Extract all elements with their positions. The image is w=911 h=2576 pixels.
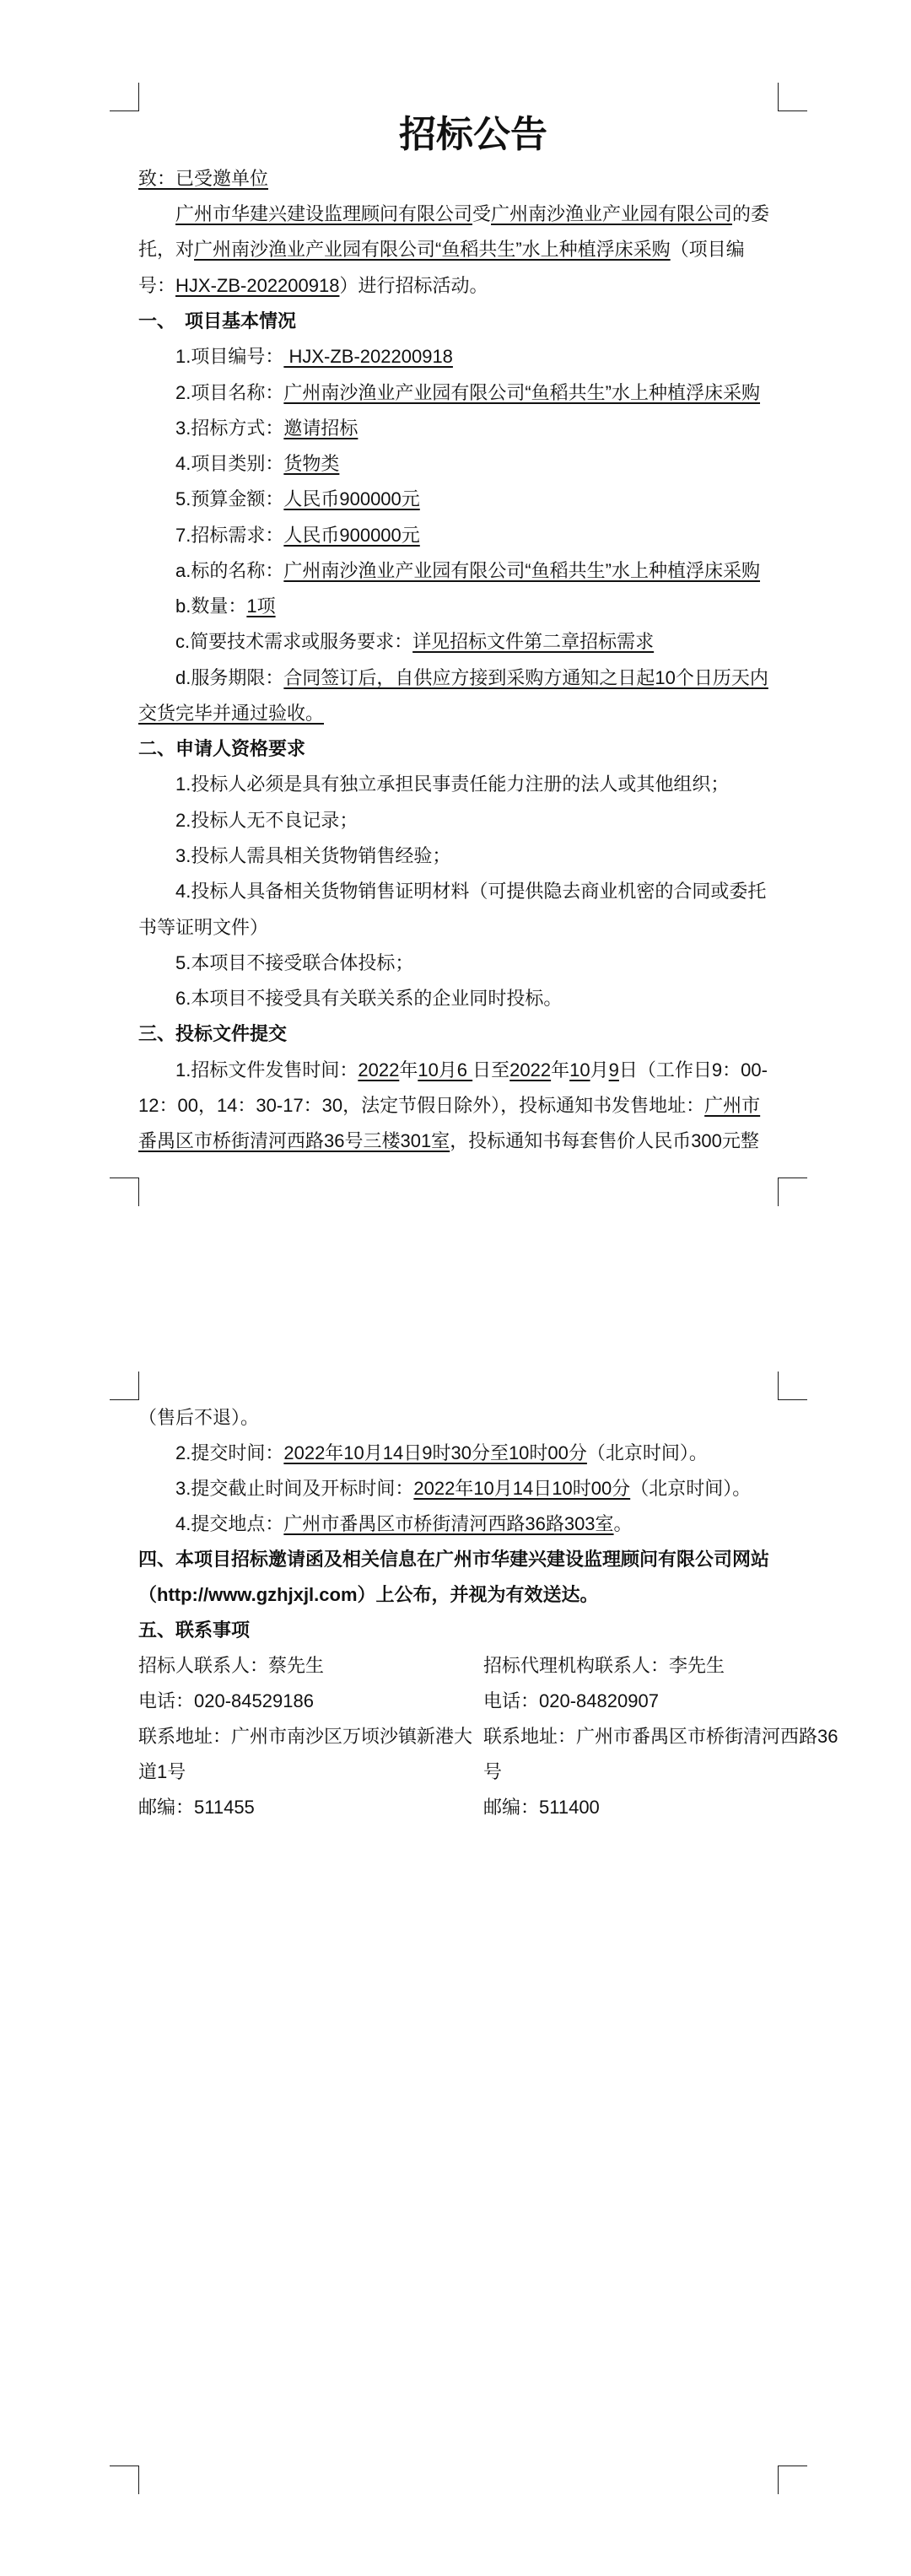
item-project-category: 4.项目类别： 货物类: [138, 446, 864, 482]
month-char: 月: [590, 1059, 609, 1081]
deadline-line: 3.提交截止时间及开标时间： 2022年10月14日10时00分 （北京时间）。: [138, 1471, 864, 1506]
no-refund-note: （售后不退）。: [138, 1407, 259, 1429]
section4-title-line1: 四、本项目招标邀请函及相关信息在广州市华建兴建设监理顾问有限公司网站: [138, 1549, 769, 1571]
intro-text: 的委: [732, 203, 769, 225]
section4-title-line2: （http://www.gzhjxjl.com）上公布，并视为有效送达。: [138, 1584, 599, 1606]
item-label: 2.项目名称：: [175, 382, 283, 404]
qualification-item: 2.投标人无不良记录；: [138, 803, 864, 838]
item-value: 交货完毕并通过验收。: [138, 703, 324, 725]
page2-body: （售后不退）。 2.提交时间： 2022年10月14日9时30分至10时00分 …: [138, 1400, 864, 1825]
contact-value: 李先生: [669, 1655, 725, 1677]
page2-bottom-right-corner-mark: [778, 2466, 807, 2494]
section2-heading: 二、申请人资格要求: [138, 731, 864, 767]
page1-top-left-corner-mark: [110, 83, 139, 111]
document-title: 招标公告: [138, 115, 808, 155]
agent-name: 广州市华建兴建设监理顾问有限公司: [175, 203, 472, 225]
item-value: 详见招标文件第二章招标需求: [412, 631, 654, 653]
item-project-name: 2.项目名称： 广州南沙渔业产业园有限公司“鱼稻共生”水上种植浮床采购: [138, 375, 864, 411]
submit-location-line: 4.提交地点： 广州市番禺区市桥街清河西路36路303室 。: [138, 1506, 864, 1542]
contact-row-phone: 电话：020-84529186 电话：020-84820907: [138, 1684, 864, 1719]
item-suffix: 。: [614, 1513, 633, 1535]
section2-title: 二、申请人资格要求: [138, 738, 305, 760]
tenderer-address-cont: 道1号: [138, 1761, 483, 1783]
item-label: 4.项目类别：: [175, 453, 283, 475]
contact-row-postcode: 邮编：511455 邮编：511400: [138, 1790, 864, 1825]
sale-time-line-2: 12：00，14：30-17：30，法定节假日除外），投标通知书发售地址： 广州…: [138, 1088, 864, 1124]
section3-heading: 三、投标文件提交: [138, 1016, 864, 1052]
tenderer-postcode: 邮编：511455: [138, 1797, 483, 1819]
section4-heading-cont: （http://www.gzhjxjl.com）上公布，并视为有效送达。: [138, 1577, 864, 1613]
intro-line-3: 号： HJX-ZB-202200918 ）进行招标活动。: [138, 268, 864, 304]
item-value: 人民币900000元: [283, 525, 419, 547]
phone-value: 020-84529186: [194, 1690, 314, 1712]
intro-text: 受: [472, 203, 491, 225]
page1-bottom-right-corner-mark: [778, 1178, 807, 1206]
qualification-text: 6.本项目不接受具有关联关系的企业同时投标。: [175, 988, 562, 1010]
start-year: 2022: [358, 1059, 399, 1081]
item-label: 3.招标方式：: [175, 418, 283, 439]
qualification-text: 书等证明文件）: [138, 917, 268, 939]
start-month-day: 10月6: [418, 1059, 472, 1081]
item-quantity: b.数量： 1项: [138, 589, 864, 624]
contact-row-person: 招标人联系人：蔡先生 招标代理机构联系人：李先生: [138, 1648, 864, 1684]
section4-heading: 四、本项目招标邀请函及相关信息在广州市华建兴建设监理顾问有限公司网站: [138, 1542, 864, 1577]
date-range-to: 日至: [472, 1059, 509, 1081]
phone-value: 020-84820907: [539, 1690, 659, 1712]
item-label: 1.招标文件发售时间：: [175, 1059, 358, 1081]
item-label: 4.提交地点：: [175, 1513, 283, 1535]
item-value: 广州市番禺区市桥街清河西路36路303室: [283, 1513, 613, 1535]
item-label: 7.招标需求：: [175, 525, 283, 547]
item-suffix: （北京时间）。: [630, 1478, 751, 1500]
intro-text: （项目编: [671, 239, 745, 261]
qualification-text: 1.投标人必须是具有独立承担民事责任能力注册的法人或其他组织；: [175, 773, 729, 795]
page2-bottom-left-corner-mark: [110, 2466, 139, 2494]
item-suffix: （北京时间）。: [587, 1442, 708, 1464]
client-name: 广州南沙渔业产业园有限公司: [491, 203, 732, 225]
agency-phone: 电话：020-84820907: [483, 1690, 659, 1712]
address-label: 联系地址：: [138, 1726, 231, 1748]
project-number: HJX-ZB-202200918: [175, 275, 339, 297]
contact-row-address: 联系地址：广州市南沙区万顷沙镇新港大 联系地址：广州市番禺区市桥街清河西路36: [138, 1719, 864, 1754]
address-value: 广州市南沙区万顷沙镇新港大: [231, 1726, 472, 1748]
item-value: HJX-ZB-202200918: [283, 346, 453, 368]
item-value: 1项: [246, 595, 275, 617]
address-label: 联系地址：: [483, 1726, 576, 1748]
intro-line-1: 广州市华建兴建设监理顾问有限公司 受 广州南沙渔业产业园有限公司 的委: [138, 197, 864, 232]
year-char: 年: [399, 1059, 418, 1081]
item-tender-method: 3.招标方式： 邀请招标: [138, 411, 864, 446]
section3-title: 三、投标文件提交: [138, 1023, 287, 1045]
year-char: 年: [551, 1059, 569, 1081]
sale-price: ，投标通知书每套售价人民币300元整: [450, 1130, 759, 1152]
item-subject-name: a.标的名称： 广州南沙渔业产业园有限公司“鱼稻共生”水上种植浮床采购: [138, 553, 864, 589]
item-technical-requirements: c.简要技术需求或服务要求： 详见招标文件第二章招标需求: [138, 624, 864, 660]
sale-price-cont: （售后不退）。: [138, 1400, 864, 1436]
tenderer-phone: 电话：020-84529186: [138, 1690, 483, 1712]
section5-title: 五、联系事项: [138, 1619, 250, 1641]
qualification-item: 4.投标人具备相关货物销售证明材料（可提供隐去商业机密的合同或委托: [138, 874, 864, 909]
tenderer-address: 联系地址：广州市南沙区万顷沙镇新港大: [138, 1726, 483, 1748]
qualification-item: 3.投标人需具相关货物销售经验；: [138, 838, 864, 874]
item-value: 2022年10月14日9时30分至10时00分: [283, 1442, 587, 1464]
addressee-label: 致：: [138, 168, 175, 190]
qualification-text: 4.投标人具备相关货物销售证明材料（可提供隐去商业机密的合同或委托: [175, 881, 766, 903]
page2-top-right-corner-mark: [778, 1372, 807, 1400]
item-value: 邀请招标: [283, 418, 358, 439]
phone-label: 电话：: [483, 1690, 539, 1712]
contact-value: 蔡先生: [268, 1655, 324, 1677]
item-value: 广州南沙渔业产业园有限公司“鱼稻共生”水上种植浮床采购: [283, 560, 760, 582]
address-value: 广州市番禺区市桥街清河西路36: [576, 1726, 838, 1748]
item-label: 2.提交时间：: [175, 1442, 283, 1464]
item-label: b.数量：: [175, 595, 246, 617]
end-year: 2022: [509, 1059, 551, 1081]
sale-address: 广州市: [704, 1095, 760, 1117]
working-hours: 日（工作日9：00-: [619, 1059, 768, 1081]
section1-number: 一、: [138, 310, 185, 332]
item-project-number: 1.项目编号： HJX-ZB-202200918: [138, 339, 864, 375]
contact-label: 招标人联系人：: [138, 1655, 268, 1677]
item-value: 广州南沙渔业产业园有限公司“鱼稻共生”水上种植浮床采购: [283, 382, 760, 404]
sale-time-line-3: 番禺区市桥街清河西路36号三楼301室 ，投标通知书每套售价人民币300元整: [138, 1124, 864, 1159]
page2-top-left-corner-mark: [110, 1372, 139, 1400]
postcode-value: 511400: [539, 1797, 600, 1819]
agency-postcode: 邮编：511400: [483, 1797, 600, 1819]
postcode-value: 511455: [194, 1797, 255, 1819]
item-value: 货物类: [283, 453, 339, 475]
section1-heading: 一、 项目基本情况: [138, 304, 864, 339]
qualification-text: 5.本项目不接受联合体投标；: [175, 952, 413, 974]
item-label: d.服务期限：: [175, 667, 283, 689]
postcode-label: 邮编：: [138, 1797, 194, 1819]
addressee-line: 致： 已受邀单位: [138, 161, 864, 197]
qualification-item-cont: 书等证明文件）: [138, 910, 864, 946]
contact-row-address-cont: 道1号 号: [138, 1754, 864, 1790]
item-label: 5.预算金额：: [175, 488, 283, 510]
intro-text: 号：: [138, 275, 175, 297]
item-label: c.简要技术需求或服务要求：: [175, 631, 412, 653]
item-tender-demand: 7.招标需求： 人民币900000元: [138, 518, 864, 553]
item-label: 3.提交截止时间及开标时间：: [175, 1478, 413, 1500]
addressee-value: 已受邀单位: [175, 168, 268, 190]
item-service-period: d.服务期限： 合同签订后，自供应方接到采购方通知之日起10个日历天内: [138, 660, 864, 696]
sale-address-cont: 番禺区市桥街清河西路36号三楼301室: [138, 1130, 450, 1152]
working-hours-cont: 12：00，14：30-17：30，法定节假日除外），投标通知书发售地址：: [138, 1095, 704, 1117]
tenderer-contact: 招标人联系人：蔡先生: [138, 1655, 483, 1677]
project-name: 广州南沙渔业产业园有限公司“鱼稻共生”水上种植浮床采购: [194, 239, 671, 261]
qualification-text: 3.投标人需具相关货物销售经验；: [175, 845, 450, 867]
qualification-item: 5.本项目不接受联合体投标；: [138, 946, 864, 981]
end-month: 10: [569, 1059, 590, 1081]
agency-contact: 招标代理机构联系人：李先生: [483, 1655, 725, 1677]
item-service-period-cont: 交货完毕并通过验收。: [138, 696, 864, 731]
section1-title: 项目基本情况: [185, 310, 296, 332]
item-value: 人民币900000元: [283, 488, 419, 510]
item-value: 合同签订后，自供应方接到采购方通知之日起10个日历天内: [283, 667, 768, 689]
agency-address: 联系地址：广州市番禺区市桥街清河西路36: [483, 1726, 838, 1748]
intro-text: ）进行招标活动。: [339, 275, 488, 297]
item-label: 1.项目编号：: [175, 346, 283, 368]
page1-bottom-left-corner-mark: [110, 1178, 139, 1206]
contact-label: 招标代理机构联系人：: [483, 1655, 669, 1677]
submit-time-line: 2.提交时间： 2022年10月14日9时30分至10时00分 （北京时间）。: [138, 1436, 864, 1471]
end-day: 9: [609, 1059, 619, 1081]
page1-top-right-corner-mark: [778, 83, 807, 111]
qualification-item: 1.投标人必须是具有独立承担民事责任能力注册的法人或其他组织；: [138, 768, 864, 803]
item-budget: 5.预算金额： 人民币900000元: [138, 482, 864, 517]
qualification-text: 2.投标人无不良记录；: [175, 810, 358, 832]
intro-text: 托，对: [138, 239, 194, 261]
postcode-label: 邮编：: [483, 1797, 539, 1819]
intro-line-2: 托，对 广州南沙渔业产业园有限公司“鱼稻共生”水上种植浮床采购 （项目编: [138, 233, 864, 268]
item-label: a.标的名称：: [175, 560, 283, 582]
page1-body: 致： 已受邀单位 广州市华建兴建设监理顾问有限公司 受 广州南沙渔业产业园有限公…: [138, 161, 864, 1159]
sale-time-line: 1.招标文件发售时间： 2022 年 10月6 日至 2022 年 10 月 9…: [138, 1053, 864, 1088]
phone-label: 电话：: [138, 1690, 194, 1712]
agency-address-cont: 号: [483, 1761, 502, 1783]
qualification-item: 6.本项目不接受具有关联关系的企业同时投标。: [138, 981, 864, 1016]
section5-heading: 五、联系事项: [138, 1613, 864, 1648]
item-value: 2022年10月14日10时00分: [413, 1478, 630, 1500]
